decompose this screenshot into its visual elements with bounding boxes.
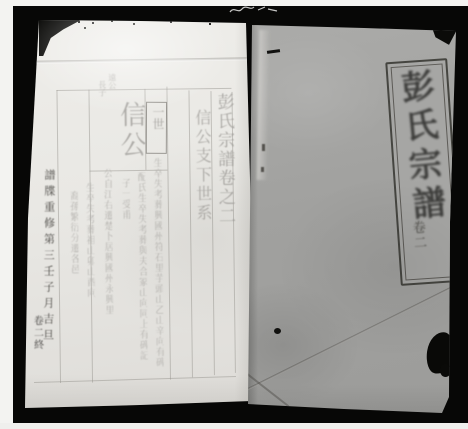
- ancestor-note-right: 遠公: [107, 73, 116, 89]
- record-column: 公自江右遷楚卜居興國州永興里: [98, 168, 114, 378]
- scan-edge-top: [0, 0, 468, 6]
- book-photo: 遠公 長子 信公 一世 彭氏宗譜卷之二 信公支下世系 生卒失考葬興國州符石里芋頭…: [0, 0, 468, 429]
- generation-box: 一世: [146, 102, 167, 154]
- ancestor-name: 信公: [113, 101, 151, 171]
- ink-mark: [261, 167, 264, 172]
- generation-box-label: 一世: [149, 106, 167, 130]
- torn-corner: [428, 24, 458, 46]
- ink-mark: [262, 144, 265, 151]
- label-volume: 卷二: [407, 220, 428, 251]
- record-column: 生卒失考葬興國州符石里芋頭山乙山辛向有碑: [148, 158, 164, 380]
- record-column: 配氏生卒失考葬與夫合冢山向同上有碑記: [132, 172, 148, 378]
- section-title: 信公支下世系: [191, 109, 216, 269]
- grid-line: [56, 90, 61, 383]
- grid-line: [166, 87, 171, 380]
- ancestor-note-left: 長子: [97, 80, 106, 96]
- volume-title: 彭氏宗譜卷之二: [212, 93, 239, 268]
- edge-ink-column: 卷二終: [30, 315, 45, 413]
- book-cover: 彭氏宗譜 卷二: [244, 22, 460, 416]
- scan-edge-bottom: [0, 423, 468, 429]
- ink-dash: [267, 49, 280, 54]
- record-column: 裔孫繁衍分遷各邑: [65, 191, 80, 377]
- damage-blob: [440, 364, 451, 377]
- record-column: 子一受甫: [117, 178, 131, 298]
- wormhole-dot: [274, 328, 281, 334]
- left-page: 遠公 長子 信公 一世 彭氏宗譜卷之二 信公支下世系 生卒失考葬興國州符石里芋頭…: [20, 18, 256, 414]
- title-label: 彭氏宗譜 卷二: [385, 58, 462, 286]
- record-column: 生卒失考葬祖山卯山酉向: [81, 183, 96, 379]
- diagonal-crease: [248, 286, 453, 390]
- scan-edge-left: [0, 0, 13, 429]
- printed-content: 遠公 長子 信公 一世 彭氏宗譜卷之二 信公支下世系 生卒失考葬興國州符石里芋頭…: [18, 17, 259, 416]
